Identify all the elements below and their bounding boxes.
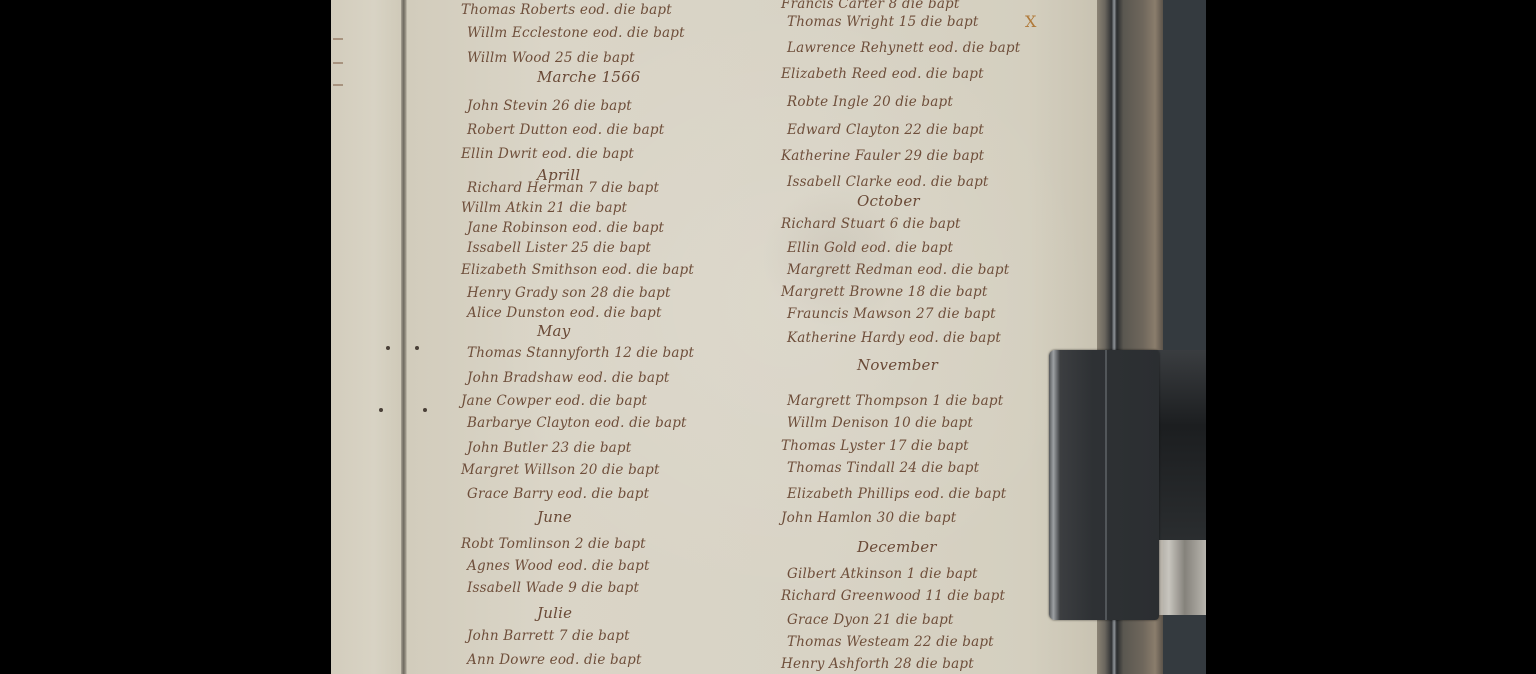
baptism-entry: Ellin Gold eod. die bapt xyxy=(787,240,953,256)
baptism-entry: Alice Dunston eod. die bapt xyxy=(467,305,662,321)
baptism-entry: Margret Willson 20 die bapt xyxy=(461,462,660,478)
baptism-entry: Willm Wood 25 die bapt xyxy=(467,50,635,66)
month-heading: October xyxy=(857,192,920,210)
baptism-entry: Thomas Tindall 24 die bapt xyxy=(787,460,979,476)
baptism-entry: Lawrence Rehynett eod. die bapt xyxy=(787,40,1020,56)
baptism-entry: Thomas Wright 15 die bapt xyxy=(787,14,978,30)
month-heading: June xyxy=(537,508,572,526)
month-heading: November xyxy=(857,356,938,374)
baptism-entry: Willm Denison 10 die bapt xyxy=(787,415,973,431)
baptism-entry: Elizabeth Smithson eod. die bapt xyxy=(461,262,694,278)
month-heading: Julie xyxy=(537,604,572,622)
baptism-entry: Thomas Westeam 22 die bapt xyxy=(787,634,994,650)
baptism-entry: Robert Dutton eod. die bapt xyxy=(467,122,664,138)
binding-stitch-hole xyxy=(379,408,383,412)
baptism-entry: John Bradshaw eod. die bapt xyxy=(467,370,670,386)
baptism-entry: Elizabeth Phillips eod. die bapt xyxy=(787,486,1006,502)
image-viewer: Thomas Roberts eod. die baptWillm Eccles… xyxy=(0,0,1536,674)
baptism-entry: Issabell Clarke eod. die bapt xyxy=(787,174,989,190)
baptism-entry: Margrett Thompson 1 die bapt xyxy=(787,393,1003,409)
margin-ink-mark xyxy=(333,38,343,40)
baptism-entry: Edward Clayton 22 die bapt xyxy=(787,122,984,138)
binding-stitch-hole xyxy=(386,346,390,350)
baptism-entry: Francis Carter 8 die bapt xyxy=(781,0,960,12)
baptism-entry: Thomas Stannyforth 12 die bapt xyxy=(467,345,694,361)
baptism-entry: Issabell Lister 25 die bapt xyxy=(467,240,651,256)
baptism-entry: Willm Ecclestone eod. die bapt xyxy=(467,25,685,41)
baptism-entry: Margrett Browne 18 die bapt xyxy=(781,284,987,300)
baptism-entry: Richard Herman 7 die bapt xyxy=(467,180,659,196)
month-heading: Marche 1566 xyxy=(537,68,641,86)
baptism-entry: Elizabeth Reed eod. die bapt xyxy=(781,66,984,82)
manuscript-scan: Thomas Roberts eod. die baptWillm Eccles… xyxy=(331,0,1206,674)
book-clamp xyxy=(1049,350,1159,620)
baptism-entry: Barbarye Clayton eod. die bapt xyxy=(467,415,687,431)
baptism-entry: Frauncis Mawson 27 die bapt xyxy=(787,306,996,322)
baptism-entry: Ellin Dwrit eod. die bapt xyxy=(461,146,634,162)
baptism-entry: Thomas Lyster 17 die bapt xyxy=(781,438,969,454)
baptism-entry: Richard Stuart 6 die bapt xyxy=(781,216,961,232)
baptism-entry: Thomas Roberts eod. die bapt xyxy=(461,2,672,18)
baptism-entry: John Barrett 7 die bapt xyxy=(467,628,630,644)
baptism-entry: John Butler 23 die bapt xyxy=(467,440,631,456)
facing-page-edge xyxy=(331,0,403,674)
baptism-entry: Margrett Redman eod. die bapt xyxy=(787,262,1009,278)
margin-cross-mark: X xyxy=(1025,12,1037,31)
baptism-entry: Katherine Fauler 29 die bapt xyxy=(781,148,984,164)
baptism-entry: John Stevin 26 die bapt xyxy=(467,98,632,114)
clamp-fold-line xyxy=(1105,350,1107,620)
month-heading: May xyxy=(537,322,570,340)
baptism-entry: John Hamlon 30 die bapt xyxy=(781,510,956,526)
baptism-entry: Richard Greenwood 11 die bapt xyxy=(781,588,1005,604)
baptism-entry: Robte Ingle 20 die bapt xyxy=(787,94,953,110)
baptism-entry: Katherine Hardy eod. die bapt xyxy=(787,330,1001,346)
margin-ink-mark xyxy=(333,84,343,86)
binding-stitch-hole xyxy=(415,346,419,350)
baptism-entry: Grace Dyon 21 die bapt xyxy=(787,612,954,628)
baptism-entry: Gilbert Atkinson 1 die bapt xyxy=(787,566,978,582)
baptism-entry: Henry Grady son 28 die bapt xyxy=(467,285,671,301)
clamp-jaw xyxy=(1151,350,1206,540)
month-heading: December xyxy=(857,538,937,556)
baptism-entry: Grace Barry eod. die bapt xyxy=(467,486,649,502)
baptism-entry: Ann Dowre eod. die bapt xyxy=(467,652,642,668)
clamp-clear-pad xyxy=(1153,540,1206,615)
baptism-entry: Jane Robinson eod. die bapt xyxy=(467,220,664,236)
baptism-entry: Robt Tomlinson 2 die bapt xyxy=(461,536,646,552)
baptism-entry: Issabell Wade 9 die bapt xyxy=(467,580,639,596)
baptism-entry: Willm Atkin 21 die bapt xyxy=(461,200,627,216)
baptism-entry: Jane Cowper eod. die bapt xyxy=(461,393,647,409)
baptism-entry: Henry Ashforth 28 die bapt xyxy=(781,656,974,672)
baptism-entry: Agnes Wood eod. die bapt xyxy=(467,558,650,574)
binding-stitch-hole xyxy=(423,408,427,412)
margin-ink-mark xyxy=(333,62,343,64)
register-page: Thomas Roberts eod. die baptWillm Eccles… xyxy=(407,0,1097,674)
